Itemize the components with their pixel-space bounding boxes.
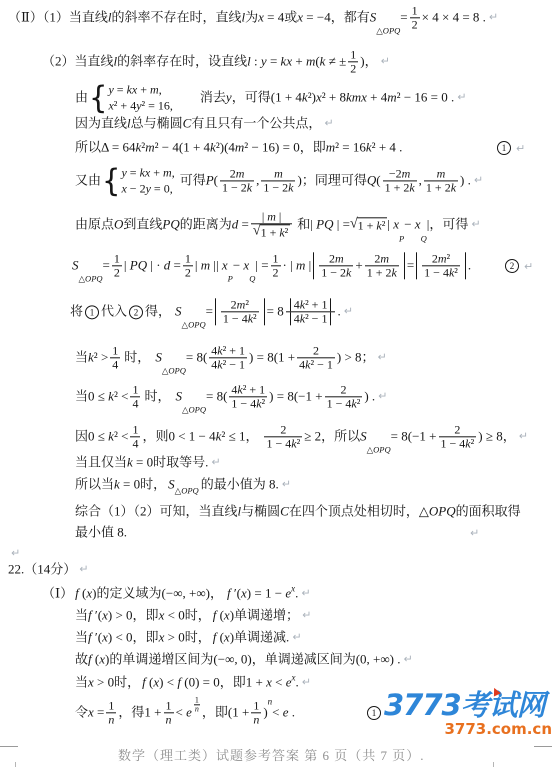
content-line: S△OPQ = 12| PQ | · d = 12| m || xP − xQ … — [72, 252, 471, 279]
margin-tick-right — [493, 762, 494, 767]
fraction: 2m1 + 2k — [365, 252, 399, 279]
footer-rule-left — [0, 746, 18, 747]
paragraph-mark-icon: ↵ — [470, 527, 479, 540]
abs-bars: 4k² + 1 — [290, 298, 332, 311]
paragraph-mark-icon: ↵ — [302, 610, 311, 623]
paragraph-mark-icon: ↵ — [302, 677, 311, 690]
fraction: 14 — [130, 423, 140, 450]
paragraph-mark-icon: ↵ — [301, 588, 310, 601]
paragraph-mark-icon: ↵ — [524, 260, 533, 273]
fraction: 14 — [110, 344, 120, 371]
content-line: ↵ — [8, 548, 20, 561]
paragraph-mark-icon: ↵ — [282, 479, 291, 492]
paragraph-mark-icon: ↵ — [489, 12, 498, 25]
fraction: 2m²1 − 4k² — [221, 298, 259, 325]
paragraph-mark-icon: ↵ — [211, 457, 220, 470]
fraction: −2m1 + 2k — [383, 167, 417, 194]
abs-bars: 2m²1 − 4k² — [416, 252, 466, 279]
content-line: 综合（1）（2）可知，当直线l与椭圆C在四个顶点处相切时，△OPQ的面积取得 — [75, 505, 521, 520]
content-line: （Ⅰ）f (x)的定义域为(−∞, +∞)，f ′(x) = 1 − ex .↵ — [42, 587, 311, 602]
paragraph-mark-icon: ↵ — [344, 306, 353, 319]
content-line: 故f (x)的单调递增区间为(−∞, 0)，单调递减区间为(0, +∞) .↵ — [75, 653, 413, 668]
equation-tag: 1 — [365, 706, 383, 720]
content-line: 因为直线l总与椭圆C有且只有一个公共点，↵ — [75, 117, 334, 132]
content-line: 当k² >14时，S△OPQ = 8(4k² + 14k² − 1) = 8(1… — [75, 344, 387, 371]
page-footer: 数学（理工类）试题参考答案 第 6 页（共 7 页）. — [118, 745, 425, 764]
circled-number: 1 — [367, 706, 381, 720]
content-line: 又由{y = kx + m,x − 2y = 0,可得P(2m1 − 2k,m1… — [75, 165, 483, 196]
fraction: m1 + 2k — [424, 167, 458, 194]
fraction: 1n — [251, 699, 261, 726]
fraction: 12 — [410, 4, 420, 31]
abs-bars: 2m1 − 2k + 2m1 + 2k — [313, 252, 405, 279]
paragraph-mark-icon: ↵ — [516, 142, 525, 155]
cases-brace: {y = kx + m,x² + 4y² = 16, — [89, 82, 173, 113]
content-line: 当f ′(x) > 0，即x < 0时，f (x)单调递增；↵ — [75, 609, 311, 624]
fraction: 12 — [183, 252, 193, 279]
content-line: 所以当k = 0时，S△OPQ的最小值为 8.↵ — [75, 478, 291, 493]
equation-tag: 1↵ — [495, 141, 525, 155]
paragraph-mark-icon: ↵ — [378, 352, 387, 365]
fraction: 1n — [106, 699, 116, 726]
equation-tag: 2↵ — [503, 259, 533, 273]
content-line: 22.（14分）↵ — [8, 563, 88, 578]
site-logo[interactable]: ▲ 3773考试网 3773.com.cn — [384, 690, 552, 738]
paragraph-mark-icon: ↵ — [79, 564, 88, 577]
cases-brace: {y = kx + m,x − 2y = 0, — [102, 165, 175, 196]
circled-number: 1 — [85, 305, 99, 319]
logo-domain: 3773.com.cn — [384, 720, 552, 738]
fraction: 2m1 − 2k — [220, 167, 254, 194]
fraction: 21 − 4k² — [264, 423, 302, 450]
paragraph-mark-icon: ↵ — [519, 431, 528, 444]
fraction: 21 − 4k² — [439, 423, 477, 450]
fraction: 4k² + 11 − 4k² — [229, 383, 267, 410]
abs-bars: 4k² − 1 — [290, 313, 332, 326]
footer-rule-right — [534, 746, 552, 747]
paragraph-mark-icon: ↵ — [457, 92, 466, 105]
equation-tag: ↵ — [467, 527, 479, 540]
fraction: 1n — [164, 699, 174, 726]
fraction: 12 — [271, 252, 281, 279]
paragraph-mark-icon: ↵ — [378, 391, 387, 404]
margin-tick-left — [15, 762, 16, 767]
fraction: 1n — [193, 696, 201, 713]
paragraph-mark-icon: ↵ — [292, 632, 301, 645]
fraction: 4k² + 14k² − 1 — [209, 344, 247, 371]
paragraph-mark-icon: ↵ — [324, 118, 333, 131]
content-line: （Ⅱ）（1）当直线l的斜率不存在时，直线l为 x = 4 或 x = −4 ，都… — [8, 4, 498, 31]
content-line: 当且仅当k = 0时取等号.↵ — [75, 456, 221, 471]
paragraph-mark-icon: ↵ — [474, 175, 483, 188]
paragraph-mark-icon: ↵ — [11, 548, 20, 561]
content-line: 所以Δ = 64k²m² − 4(1 + 4k²)(4m² − 16) = 0，… — [75, 141, 402, 156]
circled-number: 2 — [505, 259, 519, 273]
fraction: 2m1 − 2k — [319, 252, 353, 279]
content-line: 因0 ≤ k² <14，则0 < 1 − 4k² ≤ 1，21 − 4k² ≥ … — [75, 423, 528, 450]
content-line: 当f ′(x) < 0，即x > 0时，f (x)单调递减.↵ — [75, 631, 302, 646]
abs-bars: 2m²1 − 4k² — [215, 298, 265, 325]
fraction: 21 − 4k² — [325, 383, 363, 410]
content-line: 当0 ≤ k² <14时，S△OPQ = 8(4k² + 11 − 4k²) =… — [75, 383, 387, 410]
content-line: 令x = 1n，得1 + 1n < e1n，即(1 + 1n)n < e . — [75, 699, 295, 726]
content-line: 当x > 0时，f (x) < f (0) = 0，即1 + x < ex .↵ — [75, 676, 311, 691]
fraction: 2m²1 − 4k² — [422, 252, 460, 279]
content-line: 由原点O到直线PQ的距离为d = | m |√1 + k²和| PQ | = √… — [75, 210, 481, 239]
content-line: 将1代入2得，S△OPQ = 2m²1 − 4k² = 84k² + 14k² … — [70, 298, 353, 325]
content-line: 由{y = kx + m,x² + 4y² = 16,消去y，可得(1 + 4k… — [75, 82, 466, 113]
sqrt: √1 + k² — [253, 225, 290, 240]
fraction: | m |√1 + k² — [251, 210, 292, 239]
fraction: 14 — [130, 383, 140, 410]
fraction: m1 − 2k — [261, 167, 295, 194]
sqrt: √1 + k² — [350, 217, 387, 233]
paragraph-mark-icon: ↵ — [404, 654, 413, 667]
fraction: 12 — [348, 48, 358, 75]
fraction: 12 — [112, 252, 122, 279]
fraction: 4k² + 14k² − 1 — [286, 298, 336, 325]
fraction: 24k² − 1 — [297, 344, 335, 371]
paragraph-mark-icon: ↵ — [381, 56, 390, 69]
content-line: （2）当直线l的斜率存在时，设直线l : y = kx + m (k ≠ ±12… — [42, 48, 390, 75]
circled-number: 2 — [129, 305, 143, 319]
content-line: 最小值 8. — [75, 526, 127, 541]
logo-title: 3773考试网 — [384, 690, 552, 722]
circled-number: 1 — [497, 141, 511, 155]
paragraph-mark-icon: ↵ — [471, 219, 480, 232]
